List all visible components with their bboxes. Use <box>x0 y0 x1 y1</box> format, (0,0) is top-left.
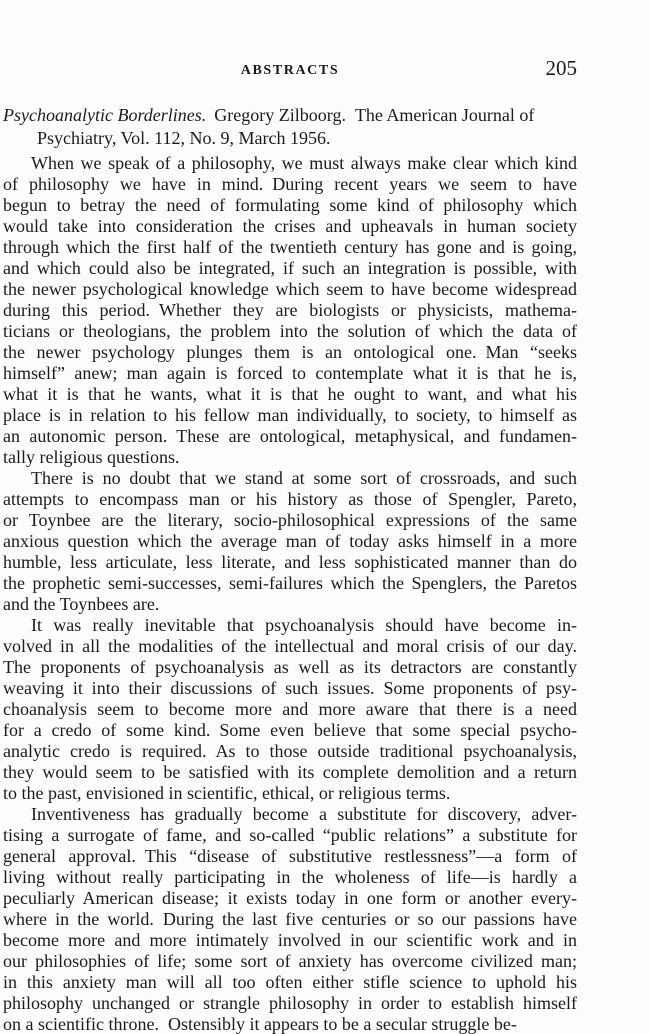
text-line: become more and more intimately involved… <box>3 930 577 951</box>
citation-line-1: Psychoanalytic Borderlines.Gregory Zilbo… <box>3 104 577 127</box>
text-line: peculiarly American disease; it exists t… <box>3 888 577 909</box>
text-line: the newer psychology plunges them is an … <box>3 342 577 363</box>
text-line: volved in all the modalities of the inte… <box>3 636 577 657</box>
text-line: himself” anew; man again is forced to co… <box>3 363 577 384</box>
text-line: the newer psychological knowledge which … <box>3 279 577 300</box>
text-line: tising a surrogate of fame, and so-calle… <box>3 825 577 846</box>
text-line: general approval. This “disease of subst… <box>3 846 577 867</box>
text-line: an autonomic person. These are ontologic… <box>3 426 577 447</box>
text-line: There is no doubt that we stand at some … <box>3 468 577 489</box>
citation: Psychoanalytic Borderlines.Gregory Zilbo… <box>3 104 577 150</box>
running-head: ABSTRACTS 205 <box>3 60 577 82</box>
citation-title: Psychoanalytic Borderlines. <box>3 105 206 125</box>
text-line: anxious question which the average man o… <box>3 531 577 552</box>
running-head-title: ABSTRACTS <box>3 63 577 79</box>
text-line: living without really participating in t… <box>3 867 577 888</box>
page-number: 205 <box>546 56 578 81</box>
text-line: begun to betray the need of formulating … <box>3 195 577 216</box>
text-line: tally religious questions. <box>3 447 577 468</box>
text-line: The proponents of psychoanalysis as well… <box>3 657 577 678</box>
text-line: the prophetic semi-successes, semi-failu… <box>3 573 577 594</box>
text-line: or Toynbee are the literary, socio-philo… <box>3 510 577 531</box>
text-line: of philosophy we have in mind. During re… <box>3 174 577 195</box>
citation-authors-journal: Gregory Zilboorg. The American Journal o… <box>214 105 534 125</box>
text-line: through which the first half of the twen… <box>3 237 577 258</box>
text-line: for a credo of some kind. Some even beli… <box>3 720 577 741</box>
text-line: humble, less articulate, less literate, … <box>3 552 577 573</box>
text-line: It was really inevitable that psychoanal… <box>3 615 577 636</box>
text-line: When we speak of a philosophy, we must a… <box>3 153 577 174</box>
text-line: attempts to encompass man or his history… <box>3 489 577 510</box>
text-line: to the past, envisioned in scientific, e… <box>3 783 577 804</box>
text-line: would take into consideration the crises… <box>3 216 577 237</box>
text-block: ABSTRACTS 205 Psychoanalytic Borderlines… <box>3 60 577 1034</box>
text-line: choanalysis seem to become more and more… <box>3 699 577 720</box>
text-line: place is in relation to his fellow man i… <box>3 405 577 426</box>
text-line: ticians or theologians, the problem into… <box>3 321 577 342</box>
text-line: analytic credo is required. As to those … <box>3 741 577 762</box>
text-line: our philosophies of life; some sort of a… <box>3 951 577 972</box>
text-line: in this anxiety man will all too often e… <box>3 972 577 993</box>
text-line: on a scientific throne. Ostensibly it ap… <box>3 1014 577 1034</box>
document-page: ABSTRACTS 205 Psychoanalytic Borderlines… <box>0 0 650 1034</box>
citation-line-2: Psychiatry, Vol. 112, No. 9, March 1956. <box>3 127 577 150</box>
text-line: what it is that he wants, what it is tha… <box>3 384 577 405</box>
text-line: and the Toynbees are. <box>3 594 577 615</box>
text-line: they would seem to be satisfied with its… <box>3 762 577 783</box>
text-line: philosophy unchanged or strangle philoso… <box>3 993 577 1014</box>
text-line: during this period. Whether they are bio… <box>3 300 577 321</box>
abstract-body: When we speak of a philosophy, we must a… <box>3 153 577 1034</box>
text-line: where in the world. During the last five… <box>3 909 577 930</box>
text-line: weaving it into their discussions of suc… <box>3 678 577 699</box>
text-line: and which could also be integrated, if s… <box>3 258 577 279</box>
text-line: Inventiveness has gradually become a sub… <box>3 804 577 825</box>
